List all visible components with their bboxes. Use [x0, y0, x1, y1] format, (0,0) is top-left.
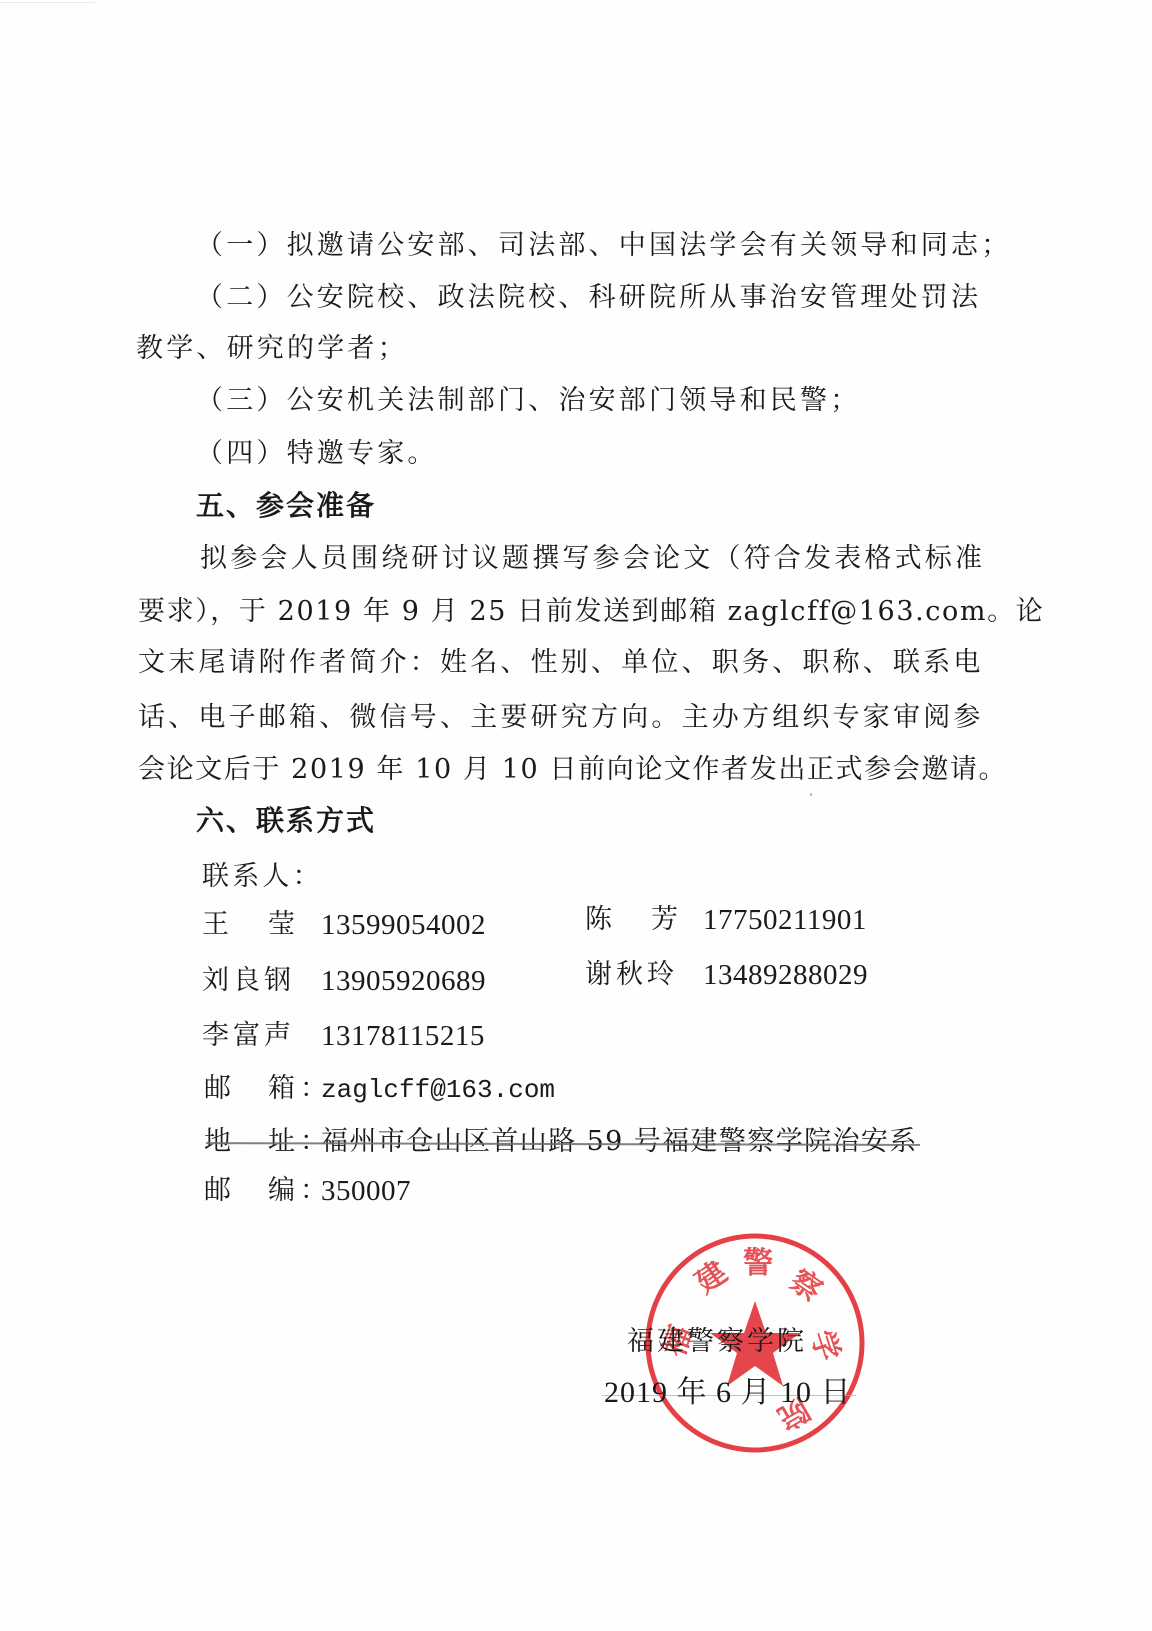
contact-name: 陈 芳: [585, 902, 684, 938]
attendee-item-4: （四）特邀专家。: [196, 436, 438, 472]
email-label: 邮 箱：: [204, 1071, 332, 1107]
postcode-label: 邮 编：: [204, 1173, 332, 1209]
email-row: 邮 箱： zaglcff@163.com: [204, 1071, 704, 1111]
email-value: zaglcff@163.com: [321, 1072, 555, 1108]
preparation-line-3: 文末尾请附作者简介：姓名、性别、单位、职务、职称、联系电: [138, 645, 984, 681]
postcode-row: 邮 编： 350007: [204, 1173, 604, 1213]
preparation-line-4: 话、电子邮箱、微信号、主要研究方向。主办方组织专家审阅参: [138, 700, 984, 736]
contact-name: 谢秋玲: [585, 957, 678, 993]
contact-row: 陈 芳 17750211901: [585, 902, 885, 942]
contact-phone: 13178115215: [321, 1018, 485, 1054]
postcode-value: 350007: [321, 1173, 411, 1209]
attendee-item-2-cont: 教学、研究的学者；: [136, 331, 408, 367]
contact-phone: 13489288029: [703, 957, 868, 993]
scan-artifact: [810, 793, 812, 796]
contact-row: 王 莹 13599054002: [202, 907, 502, 947]
signature-organization: 福建警察学院: [627, 1324, 807, 1360]
document-page: （一）拟邀请公安部、司法部、中国法学会有关领导和同志； （二）公安院校、政法院校…: [0, 0, 1152, 1631]
contact-name: 王 莹: [202, 907, 301, 943]
contact-name: 刘良钢: [202, 963, 295, 999]
contacts-label: 联系人：: [202, 859, 323, 895]
attendee-item-2: （二）公安院校、政法院校、科研院所从事治安管理处罚法: [196, 280, 981, 316]
contact-phone: 17750211901: [703, 902, 867, 938]
scan-artifact: [0, 2, 95, 3]
svg-text:警: 警: [743, 1246, 773, 1281]
preparation-line-2: 要求），于 2019 年 9 月 25 日前发送到邮箱 zaglcff@163.…: [138, 594, 1044, 630]
contact-phone: 13599054002: [321, 907, 486, 943]
svg-text:学: 学: [803, 1326, 846, 1365]
preparation-line-1: 拟参会人员围绕研讨议题撰写参会论文（符合发表格式标准: [200, 541, 985, 577]
preparation-line-5: 会论文后于 2019 年 10 月 10 日前向论文作者发出正式参会邀请。: [138, 752, 1007, 788]
svg-text:建: 建: [689, 1255, 734, 1301]
contact-row: 刘良钢 13905920689: [202, 963, 502, 1003]
svg-text:察: 察: [783, 1263, 828, 1309]
attendee-item-1: （一）拟邀请公安部、司法部、中国法学会有关领导和同志；: [196, 228, 1011, 264]
section-heading-contact: 六、联系方式: [196, 803, 376, 839]
contact-row: 谢秋玲 13489288029: [585, 957, 885, 997]
contact-row: 李富声 13178115215: [202, 1018, 502, 1058]
contact-phone: 13905920689: [321, 963, 486, 999]
contact-name: 李富声: [202, 1018, 295, 1054]
attendee-item-3: （三）公安机关法制部门、治安部门领导和民警；: [196, 383, 860, 419]
signature-date: 2019 年 6 月 10 日: [604, 1375, 852, 1411]
section-heading-preparation: 五、参会准备: [196, 488, 376, 524]
